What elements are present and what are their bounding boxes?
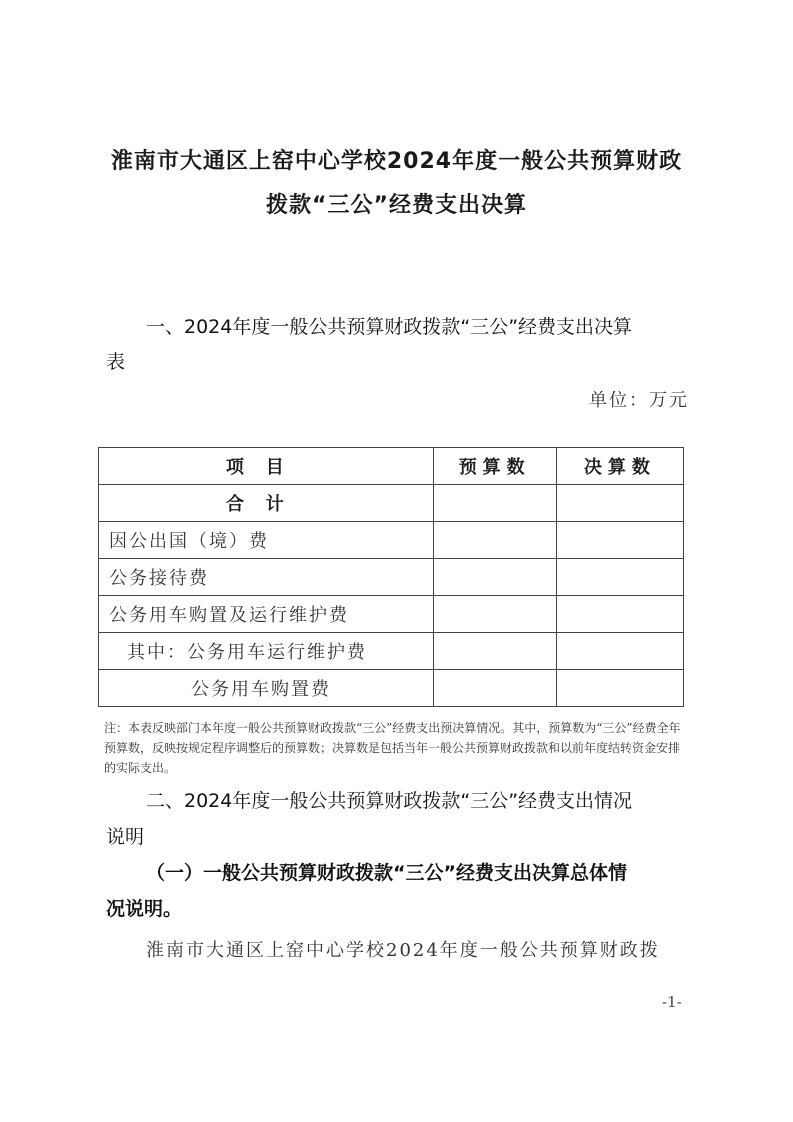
table-row: 因公出国（境）费 <box>99 522 684 559</box>
title-line-1: 淮南市大通区上窑中心学校2024年度一般公共预算财政 <box>0 140 793 184</box>
table-row: 公务用车购置及运行维护费 <box>99 596 684 633</box>
table-row: 公务用车购置费 <box>99 670 684 707</box>
cell-budget <box>433 633 556 670</box>
cell-final <box>556 670 683 707</box>
row-label: 因公出国（境）费 <box>99 522 434 559</box>
table-row: 公务接待费 <box>99 559 684 596</box>
row-label: 公务接待费 <box>99 559 434 596</box>
header-budget: 预算数 <box>433 448 556 485</box>
cell-final <box>556 596 683 633</box>
cell-final <box>556 485 683 522</box>
table-note: 注：本表反映部门本年度一般公共预算财政拨款“三公”经费支出预决算情况。其中，预算… <box>104 718 689 778</box>
section1-heading-line1: 一、2024年度一般公共预算财政拨款“三公”经费支出决算 <box>146 310 632 344</box>
cell-final <box>556 633 683 670</box>
three-public-expenses-table: 项目 预算数 决算数 合计 因公出国（境）费 公务接待费 公务用车购置及运行维护… <box>98 447 684 707</box>
row-label-total: 合计 <box>99 485 434 522</box>
section2-heading-line1: 二、2024年度一般公共预算财政拨款“三公”经费支出情况 <box>146 784 632 818</box>
cell-budget <box>433 670 556 707</box>
section2-heading-line2: 说明 <box>106 820 144 854</box>
table-row: 合计 <box>99 485 684 522</box>
row-label: 公务用车购置费 <box>99 670 434 707</box>
body-paragraph: 淮南市大通区上窑中心学校2024年度一般公共预算财政拨 <box>146 936 660 962</box>
row-label: 其中：公务用车运行维护费 <box>99 633 434 670</box>
cell-budget <box>433 522 556 559</box>
subsection1-heading-line1: （一）一般公共预算财政拨款“三公”经费支出决算总体情 <box>146 856 627 890</box>
cell-budget <box>433 559 556 596</box>
unit-label: 单位：万元 <box>589 386 689 412</box>
title-line-2: 拨款“三公”经费支出决算 <box>0 184 793 228</box>
header-final: 决算数 <box>556 448 683 485</box>
row-label: 公务用车购置及运行维护费 <box>99 596 434 633</box>
cell-final <box>556 522 683 559</box>
cell-budget <box>433 596 556 633</box>
header-item: 项目 <box>99 448 434 485</box>
table-header-row: 项目 预算数 决算数 <box>99 448 684 485</box>
document-title: 淮南市大通区上窑中心学校2024年度一般公共预算财政 拨款“三公”经费支出决算 <box>0 140 793 228</box>
cell-budget <box>433 485 556 522</box>
subsection1-heading-line2: 况说明。 <box>106 892 182 926</box>
table-row: 其中：公务用车运行维护费 <box>99 633 684 670</box>
section1-heading-line2: 表 <box>106 345 125 379</box>
page-number: -1- <box>662 993 682 1011</box>
cell-final <box>556 559 683 596</box>
